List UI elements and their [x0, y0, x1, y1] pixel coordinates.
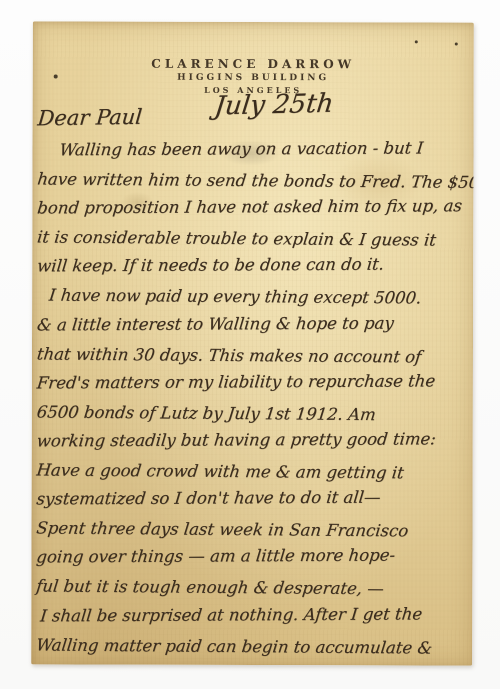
handwriting-line: Walling has been away on a vacation - bu…: [36, 133, 473, 164]
handwriting-line: working steadily but having a pretty goo…: [35, 424, 472, 455]
handwriting-line: Fred's matters or my liability to repurc…: [35, 366, 472, 397]
handwriting-line: I shall be surprised at nothing. After I…: [35, 599, 472, 630]
salutation: Dear Paul: [37, 105, 144, 131]
handwriting-line: going over things — am a little more hop…: [35, 540, 472, 571]
scanned-letter: CLARENCE DARROW HIGGINS BUILDING LOS ANG…: [0, 0, 500, 689]
handwriting-line: systematized so I don't have to do it al…: [35, 482, 472, 513]
handwriting-line: & a little interest to Walling & hope to…: [36, 308, 473, 339]
paper-speck: [455, 43, 458, 46]
letterhead-building: HIGGINS BUILDING: [33, 71, 474, 84]
letterhead-name: CLARENCE DARROW: [33, 56, 474, 71]
handwriting-line: will keep. If it needs to be done can do…: [36, 250, 473, 281]
handwriting-line: Walling matter paid can begin to accumul…: [35, 630, 472, 662]
paper-speck: [415, 40, 418, 43]
handwriting-line: bond proposition I have not asked him to…: [36, 191, 473, 222]
letter-date: July 25th: [213, 89, 335, 122]
letter-body: Walling has been away on a vacation - bu…: [36, 135, 471, 660]
letter-paper: CLARENCE DARROW HIGGINS BUILDING LOS ANG…: [31, 21, 474, 665]
